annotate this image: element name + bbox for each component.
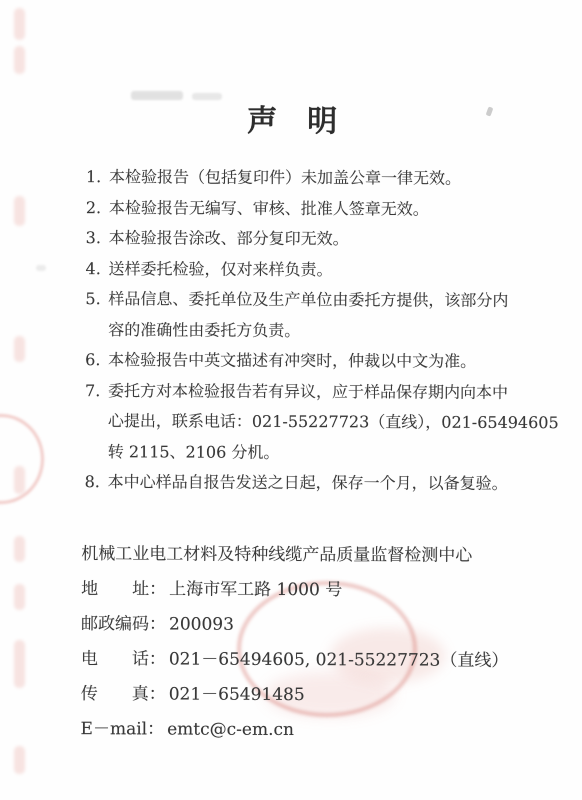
item-number: 8. xyxy=(85,467,108,498)
item-text: 委托方对本检验报告若有异议，应于样品保存期内向本中 心提出，联系电话：021-5… xyxy=(108,376,582,470)
footer-label: 传 真： xyxy=(81,677,166,712)
item-text: 本中心样品自报告发送之日起，保存一个月，以备复验。 xyxy=(108,467,582,500)
item-text: 本检验报告中英文描述有冲突时，仲裁以中文为准。 xyxy=(108,345,582,378)
footer-label: 电 话： xyxy=(81,642,166,677)
footer-label: 邮政编码： xyxy=(81,607,166,642)
list-item: 7. 委托方对本检验报告若有异议，应于样品保存期内向本中 心提出，联系电话：02… xyxy=(85,376,582,470)
footer-row: E－mail： emtc@c-em.cn xyxy=(80,712,508,749)
org-name: 机械工业电工材料及特种线缆产品质量监督检测中心 xyxy=(81,537,509,574)
list-item: 2. 本检验报告无编写、审核、批准人签章无效。 xyxy=(86,193,582,226)
footer-label: 地 址： xyxy=(81,572,166,607)
item-number: 2. xyxy=(86,193,109,224)
list-item: 4. 送样委托检验，仅对来样负责。 xyxy=(86,254,582,287)
item-text: 本检验报告无编写、审核、批准人签章无效。 xyxy=(109,193,582,226)
list-item: 6. 本检验报告中英文描述有冲突时，仲裁以中文为准。 xyxy=(85,345,582,378)
item-number: 6. xyxy=(85,345,108,376)
list-item: 5. 样品信息、委托单位及生产单位由委托方提供，该部分内 容的准确性由委托方负责… xyxy=(85,284,582,347)
footer-value: 021－65494605, 021-55227723（直线） xyxy=(169,642,509,678)
list-item: 3. 本检验报告涂改、部分复印无效。 xyxy=(86,223,582,256)
item-number: 5. xyxy=(85,284,108,345)
scanned-declaration-page: 声 明 1. 本检验报告（包括复印件）未加盖公章一律无效。 2. 本检验报告无编… xyxy=(0,0,582,800)
item-number: 4. xyxy=(86,254,109,285)
document-content: 声 明 1. 本检验报告（包括复印件）未加盖公章一律无效。 2. 本检验报告无编… xyxy=(0,0,582,800)
footer-value: 上海市军工路 1000 号 xyxy=(169,572,342,608)
item-text: 样品信息、委托单位及生产单位由委托方提供，该部分内 容的准确性由委托方负责。 xyxy=(108,284,582,347)
item-number: 1. xyxy=(86,162,109,193)
footer-label: E－mail： xyxy=(80,712,164,747)
page-title: 声 明 xyxy=(1,95,582,142)
footer-row: 地 址： 上海市军工路 1000 号 xyxy=(81,572,509,609)
item-number: 3. xyxy=(86,223,109,254)
item-text: 本检验报告（包括复印件）未加盖公章一律无效。 xyxy=(109,162,582,195)
footer-row: 传 真： 021－65491485 xyxy=(81,677,509,714)
footer-value: emtc@c-em.cn xyxy=(167,712,294,748)
item-text: 送样委托检验，仅对来样负责。 xyxy=(109,254,582,287)
footer-row: 电 话： 021－65494605, 021-55227723（直线） xyxy=(81,642,509,679)
footer-value: 200093 xyxy=(169,607,234,642)
item-number: 7. xyxy=(85,376,108,468)
declaration-list: 1. 本检验报告（包括复印件）未加盖公章一律无效。 2. 本检验报告无编写、审核… xyxy=(85,162,582,500)
footer-value: 021－65491485 xyxy=(169,677,305,713)
footer-contact-block: 机械工业电工材料及特种线缆产品质量监督检测中心 地 址： 上海市军工路 1000… xyxy=(80,537,508,749)
list-item: 1. 本检验报告（包括复印件）未加盖公章一律无效。 xyxy=(86,162,582,195)
footer-row: 邮政编码： 200093 xyxy=(81,607,509,644)
item-text: 本检验报告涂改、部分复印无效。 xyxy=(109,223,582,256)
list-item: 8. 本中心样品自报告发送之日起，保存一个月，以备复验。 xyxy=(85,467,582,500)
